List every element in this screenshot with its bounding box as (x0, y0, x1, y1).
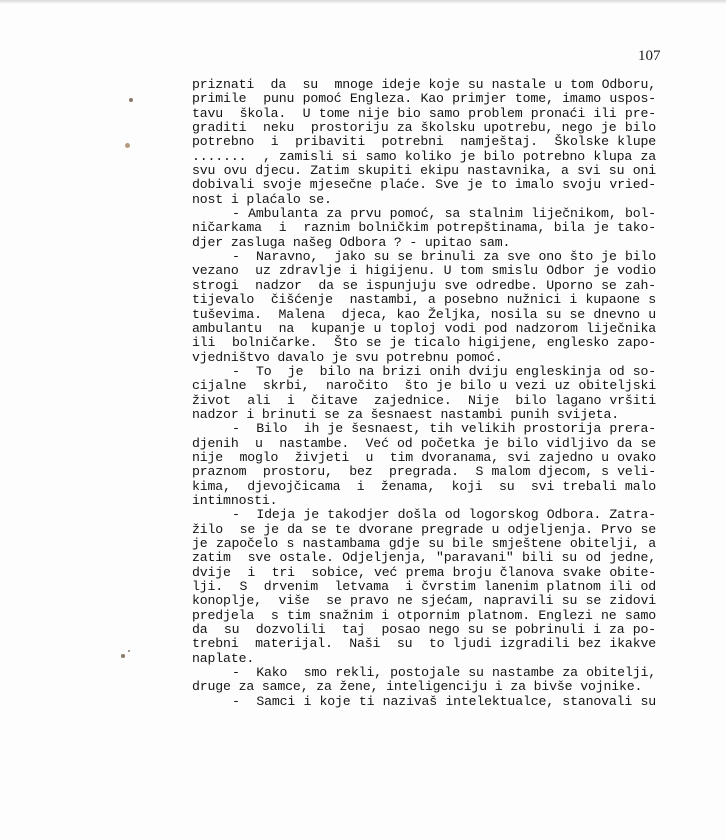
text-line: je započelo s nastambama gdje su bile sm… (192, 537, 656, 551)
text-line: vjedništvo davalo je svu potrebnu pomoć. (192, 351, 656, 365)
text-line: graditi neku prostoriju za školsku upotr… (192, 121, 656, 135)
text-line: predjela s tim snažnim i otpornim platno… (192, 609, 656, 623)
text-line: praznom prostoru, bez pregrada. S malom … (192, 465, 656, 479)
text-line: djer zasluga našeg Odbora ? - upitao sam… (192, 236, 656, 250)
text-line: lji. S drvenim letvama i čvrstim lanenim… (192, 580, 656, 594)
text-line: nije moglo živjeti u tim dvoranama, svi … (192, 451, 656, 465)
text-line: nadzor i brinuti se za šesnaest nastambi… (192, 408, 656, 422)
text-line: - Samci i koje ti nazivaš intelektualce,… (192, 695, 656, 709)
text-line: druge za samce, za žene, inteligenciju i… (192, 680, 656, 694)
text-line: intimnosti. (192, 494, 656, 508)
text-line: konoplje, više se pravo ne sjećam, napra… (192, 594, 656, 608)
page-top-edge (0, 0, 726, 4)
text-line: ili bolničarke. Što se je ticalo higijen… (192, 336, 656, 350)
text-line: naplate. (192, 652, 656, 666)
text-line: - Ambulanta za prvu pomoć, sa stalnim li… (192, 207, 656, 221)
text-line: ....... , zamisli si samo koliko je bilo… (192, 150, 656, 164)
page-number: 107 (638, 48, 661, 65)
text-line: - Bilo ih je šesnaest, tih velikih prost… (192, 422, 656, 436)
text-line: da su dozvolili taj posao nego su se pob… (192, 623, 656, 637)
text-line: djenih u nastambe. Već od početka je bil… (192, 437, 656, 451)
text-line: priznati da su mnoge ideje koje su nasta… (192, 78, 656, 92)
text-line: cijalne skrbi, naročito što je bilo u ve… (192, 379, 656, 393)
text-line: potrebno i pribaviti potrebni namještaj.… (192, 135, 656, 149)
text-line: svu ovu djecu. Zatim skupiti ekipu nasta… (192, 164, 656, 178)
text-line: žilo se je da se te dvorane pregrade u o… (192, 523, 656, 537)
text-line: trebni materijal. Naši su to ljudi izgra… (192, 637, 656, 651)
text-line: kima, djevojčicama i ženama, koji su svi… (192, 480, 656, 494)
text-line: primile punu pomoć Engleza. Kao primjer … (192, 92, 656, 106)
text-line: tijevalo čišćenje nastambi, a posebno nu… (192, 293, 656, 307)
text-line: nost i plaćalo se. (192, 193, 656, 207)
text-line: ambulantu na kupanje u toploj vodi pod n… (192, 322, 656, 336)
text-line: tavu škola. U tome nije bio samo problem… (192, 107, 656, 121)
text-line: - Ideja je takodjer došla od logorskog O… (192, 508, 656, 522)
text-line: ničarkama i raznim bolničkim potrepština… (192, 221, 656, 235)
text-line: - To je bilo na brizi onih dviju englesk… (192, 365, 656, 379)
margin-speck (125, 143, 130, 148)
body-text: priznati da su mnoge ideje koje su nasta… (192, 78, 656, 709)
text-line: tuševima. Malena djeca, kao Željka, nosi… (192, 308, 656, 322)
text-line: dvije i tri sobice, već prema broju član… (192, 566, 656, 580)
text-line: dobivali svoje mjesečne plaće. Sve je to… (192, 178, 656, 192)
scanned-page: 107 priznati da su mnoge ideje koje su n… (0, 0, 726, 840)
text-line: - Kako smo rekli, postojale su nastambe … (192, 666, 656, 680)
margin-speck (121, 654, 125, 658)
text-line: život ali i čitave zajednice. Nije bilo … (192, 394, 656, 408)
margin-speck (128, 650, 130, 652)
text-line: strogi nadzor da se ispunjuju sve odredb… (192, 279, 656, 293)
margin-speck (129, 98, 133, 102)
text-line: - Naravno, jako su se brinuli za sve ono… (192, 250, 656, 264)
text-line: vezano uz zdravlje i higijenu. U tom smi… (192, 264, 656, 278)
text-line: zatim sve ostale. Odjeljenja, "paravani"… (192, 551, 656, 565)
